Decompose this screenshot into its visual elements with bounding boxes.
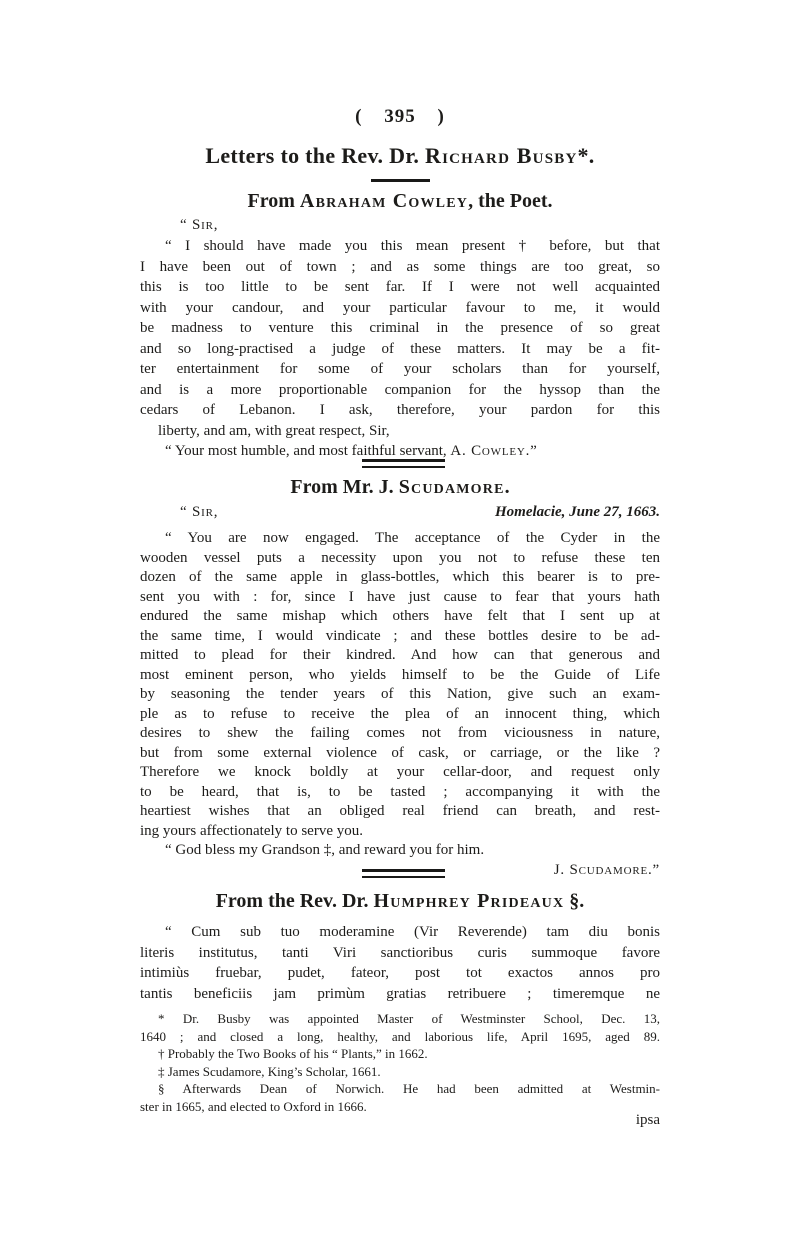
text-line: and is a more proportionable companion f…: [140, 380, 660, 401]
letter3-body: “ Cum sub tuo moderamine (Vir Reverende)…: [140, 922, 660, 1004]
letter2-heading-pre: From Mr. J.: [290, 476, 398, 498]
text-line: ple as to refuse to receive the plea of …: [140, 705, 660, 725]
text-line: the same time, I would vindicate ; and t…: [140, 627, 660, 647]
title-name: Richard Busby: [425, 143, 578, 168]
text-line: this is too little to be sent far. If I …: [140, 277, 660, 298]
catchword: ipsa: [140, 1110, 660, 1130]
title-pre: Letters to the Rev. Dr.: [205, 143, 425, 168]
text-line: by seasoning the tender years of this Na…: [140, 685, 660, 705]
letter1-heading-post: , the Poet.: [468, 190, 552, 212]
letter1-heading: From Abraham Cowley, the Poet.: [140, 188, 660, 214]
letter3-heading-post: §.: [564, 890, 584, 912]
text-line: wooden vessel puts a necessity upon you …: [140, 549, 660, 569]
letter2-body: “ You are now engaged. The acceptance of…: [140, 529, 660, 880]
letter1-heading-pre: From: [248, 190, 300, 212]
letter1-heading-name: Abraham Cowley: [300, 190, 468, 212]
signoff-name: A. Cowley.”: [450, 443, 537, 459]
letter2-postscript: “ God bless my Grandson ‡, and reward yo…: [140, 841, 660, 861]
text-line: tantis beneficiis jam primùm gratias ret…: [140, 984, 660, 1005]
footnote-line: ‡ James Scudamore, King’s Scholar, 1661.: [140, 1063, 660, 1081]
text-line: liberty, and am, with great respect, Sir…: [140, 421, 660, 442]
letter2-salutation: “ Sir,: [140, 502, 218, 522]
text-line: “ Cum sub tuo moderamine (Vir Reverende)…: [140, 922, 660, 943]
footnote-line: 1640 ; and closed a long, healthy, and l…: [140, 1028, 660, 1046]
text-line: desires to shew the failing comes not fr…: [140, 724, 660, 744]
text-line: endured the same mishap which others hav…: [140, 607, 660, 627]
letter2-heading: From Mr. J. Scudamore.: [140, 474, 660, 500]
signoff-text: “ Your most humble, and most faithful se…: [165, 443, 450, 459]
text-line: ter entertainment for some of your schol…: [140, 359, 660, 380]
text-line: dozen of the same apple in glass-bottles…: [140, 568, 660, 588]
text-line: and so long-practised a judge of these m…: [140, 339, 660, 360]
text-line: literis institutus, tanti Viri sanctiori…: [140, 943, 660, 964]
scanned-book-page: ( 395 ) Letters to the Rev. Dr. Richard …: [0, 0, 800, 1237]
text-line: heartiest wishes that an obliged real fr…: [140, 802, 660, 822]
text-line: “ I should have made you this mean prese…: [140, 236, 660, 257]
text-line: be madness to venture this criminal in t…: [140, 318, 660, 339]
footnotes-block: * Dr. Busby was appointed Master of West…: [140, 1010, 660, 1115]
title-post: *.: [578, 143, 595, 168]
text-line: but from some external violence of cask,…: [140, 744, 660, 764]
text-line: most eminent person, who yields himself …: [140, 666, 660, 686]
text-line: sent you with : for, since I have just c…: [140, 588, 660, 608]
letter2-heading-post: .: [505, 476, 510, 498]
text-line: ing yours affectionately to serve you.: [140, 822, 660, 842]
letter1-salutation: “ Sir,: [140, 215, 660, 235]
footnote-line: † Probably the Two Books of his “ Plants…: [140, 1045, 660, 1063]
title-divider-rule: [371, 179, 430, 182]
text-line: I have been out of town ; and as some th…: [140, 257, 660, 278]
section-divider-rule: [362, 869, 445, 878]
text-line: with your candour, and your particular f…: [140, 298, 660, 319]
letter3-heading-pre: From the Rev. Dr.: [216, 890, 374, 912]
text-line: “ You are now engaged. The acceptance of…: [140, 529, 660, 549]
section-divider-rule: [362, 459, 445, 468]
text-line: Therefore we knock boldly at your cellar…: [140, 763, 660, 783]
letter1-body: “ I should have made you this mean prese…: [140, 236, 660, 462]
footnote-line: § Afterwards Dean of Norwich. He had bee…: [140, 1080, 660, 1098]
footnote-line: * Dr. Busby was appointed Master of West…: [140, 1010, 660, 1028]
letter3-heading-name: Humphrey Prideaux: [373, 890, 564, 912]
text-line: to be heard, that is, to be tasted ; acc…: [140, 783, 660, 803]
letter2-dateline: Homelacie, June 27, 1663.: [495, 502, 660, 522]
letter2-dateline-row: “ Sir, Homelacie, June 27, 1663.: [140, 502, 660, 522]
text-line: mitted to plead for their kindred. And h…: [140, 646, 660, 666]
letter3-heading: From the Rev. Dr. Humphrey Prideaux §.: [140, 888, 660, 914]
text-line: cedars of Lebanon. I ask, therefore, you…: [140, 400, 660, 421]
letter2-heading-name: Scudamore: [399, 476, 505, 498]
page-number: ( 395 ): [140, 106, 660, 128]
page-title: Letters to the Rev. Dr. Richard Busby*.: [140, 142, 660, 170]
text-line: intimiùs fruebar, pudet, fateor, post to…: [140, 963, 660, 984]
